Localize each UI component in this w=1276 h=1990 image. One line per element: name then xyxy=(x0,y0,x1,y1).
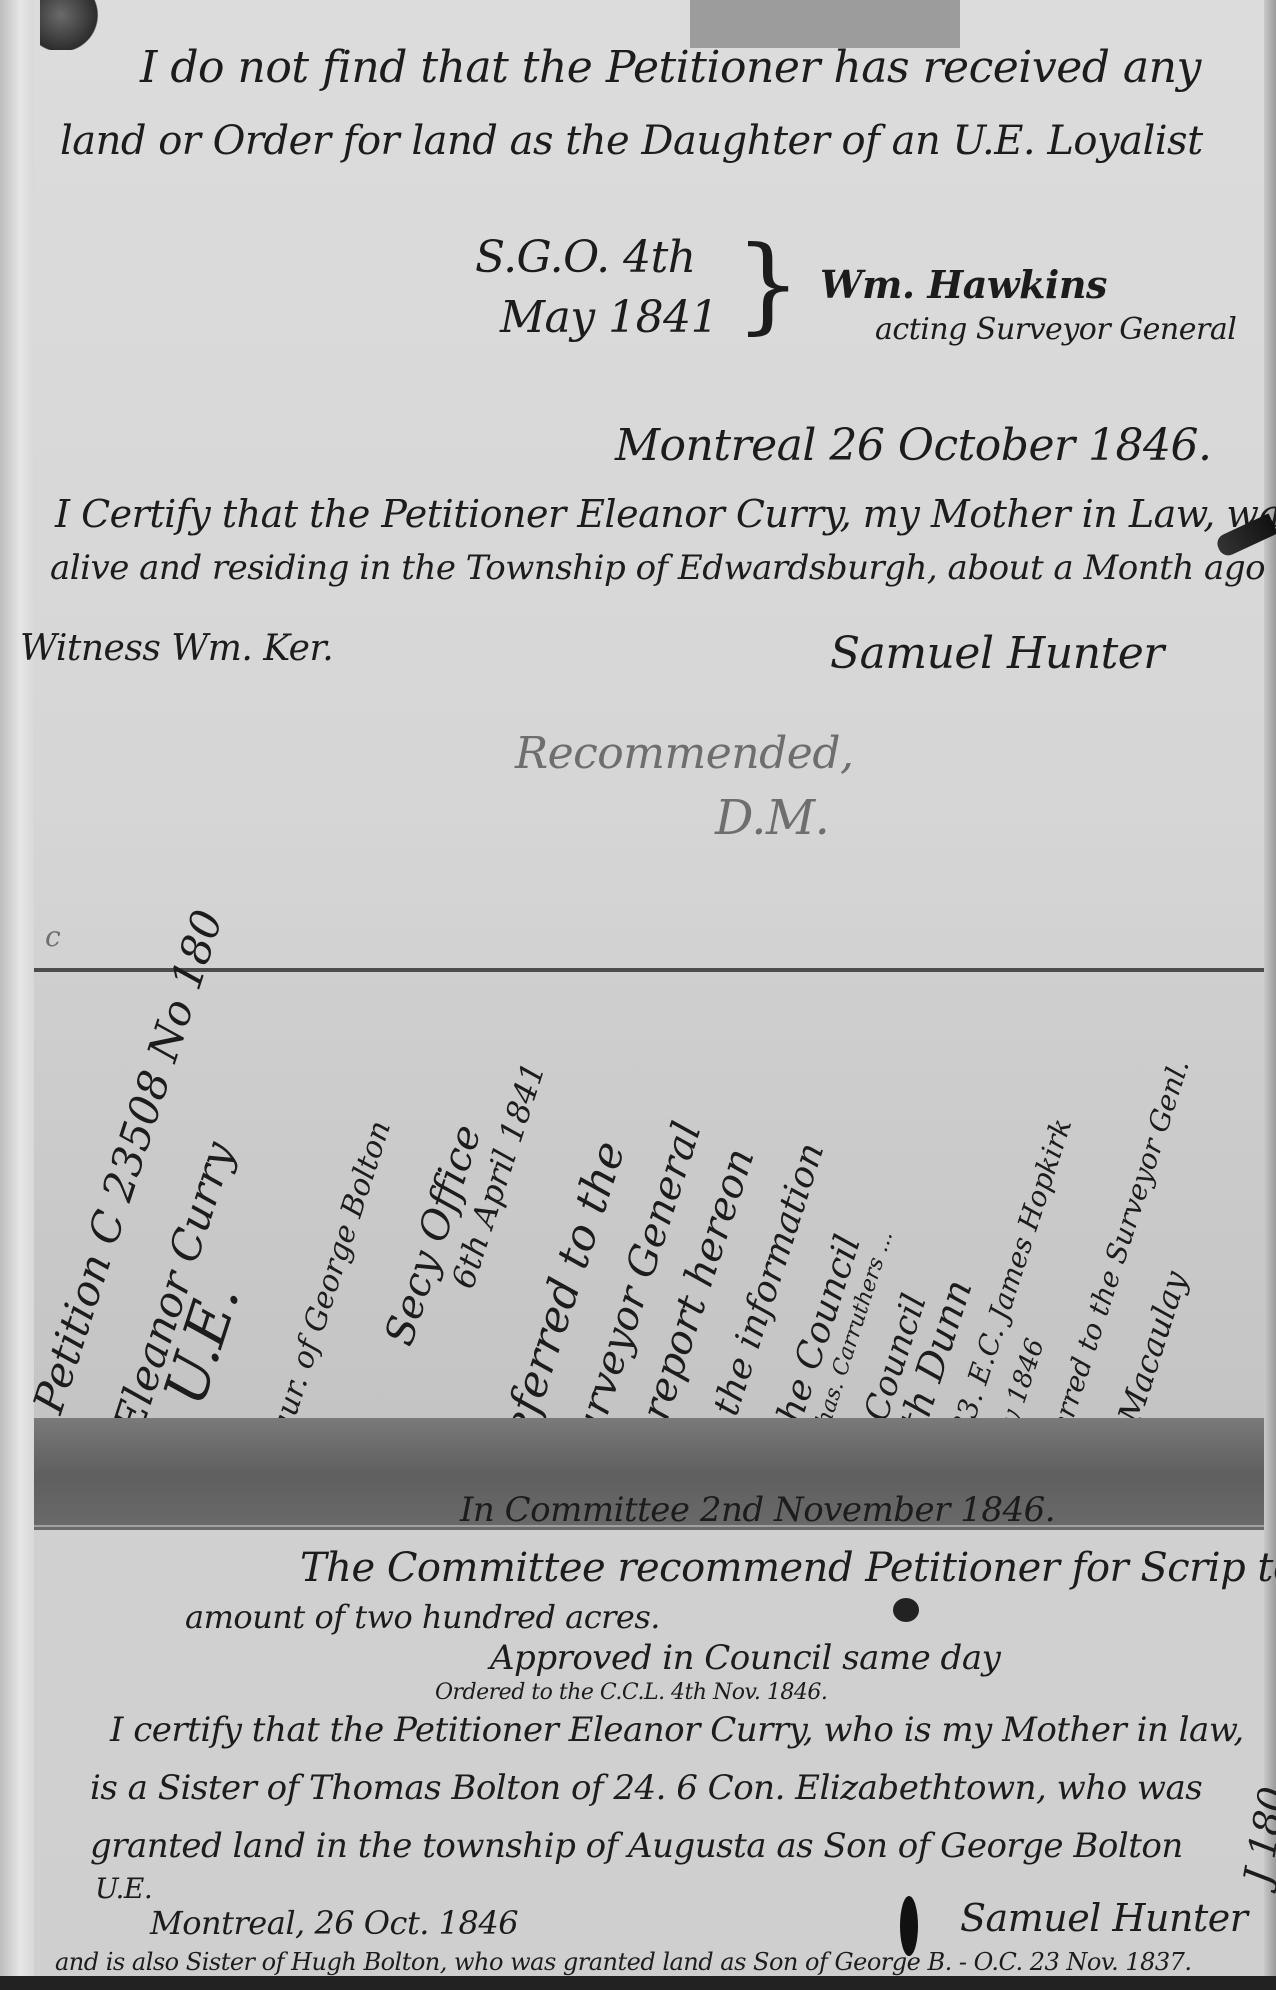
page-right-edge xyxy=(1264,0,1276,1990)
fold-line xyxy=(34,1525,1264,1527)
signature-surveyor: Wm. Hawkins xyxy=(820,262,1107,307)
certificate-1-line-1: I do not find that the Petitioner has re… xyxy=(140,42,1201,93)
certificate-3-line-3: granted land in the township of Augusta … xyxy=(90,1826,1183,1866)
margin-annotation: J 180 xyxy=(1235,1784,1276,1888)
certificate-3-line-1: I certify that the Petitioner Eleanor Cu… xyxy=(110,1710,1244,1750)
margin-mark: c xyxy=(45,920,60,953)
pin-mark xyxy=(40,0,110,50)
footer-line: and is also Sister of Hugh Bolton, who w… xyxy=(55,1948,1192,1976)
signature-surveyor-title: acting Surveyor General xyxy=(875,312,1236,347)
recommendation-text: Recommended, xyxy=(515,728,853,779)
approved-in-council: Approved in Council same day xyxy=(490,1638,1000,1678)
recommendation-initials: D.M. xyxy=(715,790,829,846)
scan-bottom-edge xyxy=(0,1976,1276,1990)
committee-date: In Committee 2nd November 1846. xyxy=(460,1490,1055,1530)
certificate-3-line-4: U.E. xyxy=(95,1872,152,1905)
office-label: S.G.O. 4th xyxy=(475,232,696,283)
certificate-1-line-2: land or Order for land as the Daughter o… xyxy=(60,118,1203,164)
page-left-edge xyxy=(0,0,34,1990)
document-page: I do not find that the Petitioner has re… xyxy=(0,0,1276,1990)
signature-samuel-hunter-1: Samuel Hunter xyxy=(830,628,1164,679)
office-date: May 1841 xyxy=(500,292,718,343)
signature-samuel-hunter-2: Samuel Hunter xyxy=(960,1896,1247,1940)
witness-line: Witness Wm. Ker. xyxy=(20,628,333,669)
place-date-2: Montreal 26 October 1846. xyxy=(615,420,1211,471)
ink-blot xyxy=(893,1598,919,1622)
committee-line-2: amount of two hundred acres. xyxy=(185,1598,660,1636)
ink-blot-large xyxy=(900,1896,918,1956)
torn-stamp-area xyxy=(690,0,960,48)
brace: } xyxy=(735,232,801,336)
certificate-2-line-1: I Certify that the Petitioner Eleanor Cu… xyxy=(55,492,1276,536)
place-date-3: Montreal, 26 Oct. 1846 xyxy=(150,1904,518,1942)
certificate-2-line-2: alive and residing in the Township of Ed… xyxy=(50,548,1265,588)
certificate-3-line-2: is a Sister of Thomas Bolton of 24. 6 Co… xyxy=(90,1768,1202,1808)
committee-line-1: The Committee recommend Petitioner for S… xyxy=(300,1545,1276,1591)
ordered-to-ccl: Ordered to the C.C.L. 4th Nov. 1846. xyxy=(435,1680,827,1705)
